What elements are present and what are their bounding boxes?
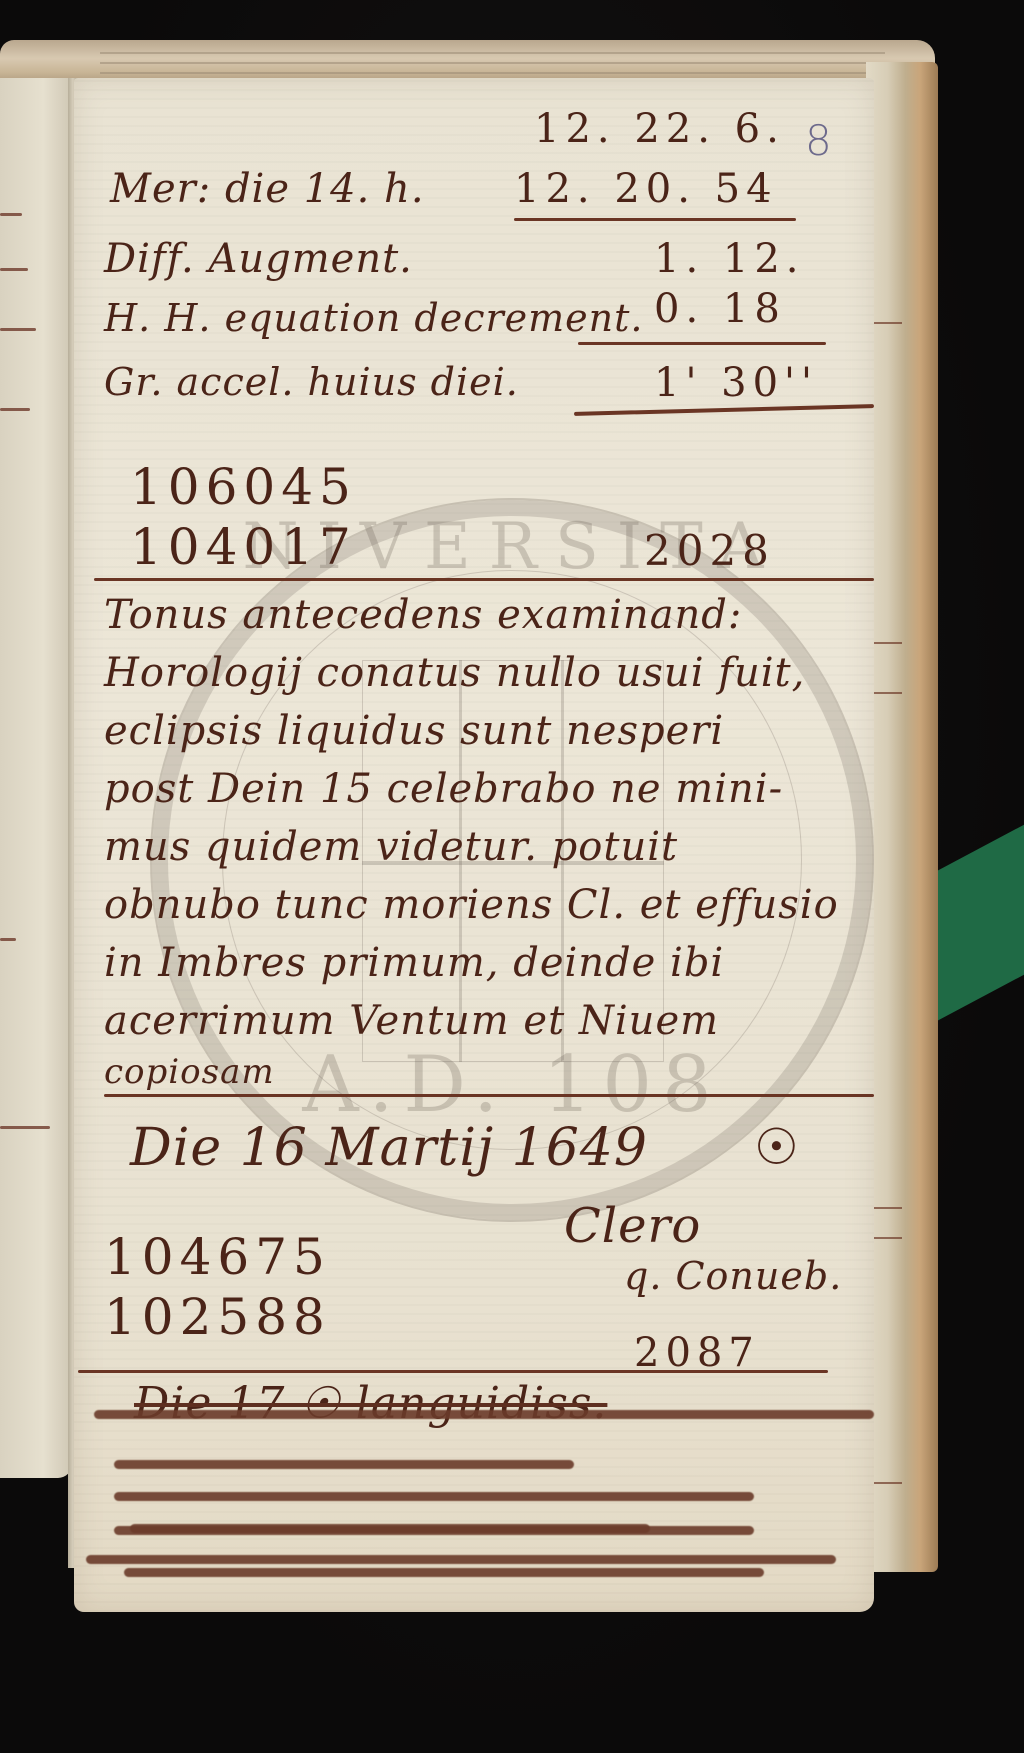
row-value-accel: 1' 30'' — [654, 360, 818, 406]
date-line: Die 16 Martij 1649 — [130, 1118, 648, 1178]
strike-line-3 — [114, 1492, 754, 1501]
weather-note-2: q. Conueb. — [624, 1254, 842, 1298]
paragraph-line-2: Horologij conatus nullo usui fuit, — [104, 650, 805, 696]
number-line-2: 104017 — [130, 518, 357, 576]
struck-entry: Die 17 ☉ languidiss. — [134, 1378, 607, 1429]
paragraph-line-4: post Dein 15 celebrabo ne mini- — [104, 766, 783, 812]
section-divider-2 — [104, 1094, 874, 1097]
number-line-3: 104675 — [104, 1228, 331, 1286]
page-number: 8 — [805, 116, 832, 165]
strike-line-2 — [114, 1460, 574, 1469]
meridian-value: 12. 20. 54 — [514, 166, 778, 212]
manuscript-page: NIVERSITA A.D. 108 12. 22. 6. Mer: die 1… — [74, 78, 874, 1612]
sum-rule — [578, 342, 826, 345]
top-value: 12. 22. 6. — [534, 106, 785, 152]
underline-rule — [514, 218, 796, 221]
paragraph-line-6: obnubo tunc moriens Cl. et effusio — [104, 882, 839, 928]
paragraph-line-3: eclipsis liquidus sunt nesperi — [104, 708, 724, 754]
strike-line-bottom-1 — [130, 1524, 650, 1533]
number-line-1: 106045 — [130, 458, 357, 516]
meridian-label: Mer: die 14. h. — [110, 166, 425, 212]
left-page-edge — [0, 78, 72, 1478]
strike-line-bottom-2 — [86, 1555, 836, 1564]
strike-line-1 — [94, 1410, 874, 1419]
paragraph-line-8: acerrimum Ventum et Niuem — [104, 998, 719, 1044]
row-value-equation: 0. 18 — [654, 286, 786, 332]
sun-symbol-icon: ☉ — [754, 1118, 800, 1176]
paragraph-line-5: mus quidem videtur. potuit — [104, 824, 678, 870]
right-page-stack-edge — [866, 62, 938, 1572]
row-label-equation: H. H. equation decrement. — [104, 296, 643, 340]
difference-result-1: 2028 — [644, 526, 775, 575]
row-label-diff: Diff. Augment. — [104, 236, 413, 282]
paragraph-line-9: copiosam — [104, 1052, 275, 1092]
section-divider-1 — [94, 578, 874, 581]
strike-line-5 — [124, 1568, 764, 1577]
row-label-accel: Gr. accel. huius diei. — [104, 360, 519, 404]
paragraph-line-7: in Imbres primum, deinde ibi — [104, 940, 724, 986]
section-divider-3 — [78, 1370, 828, 1373]
paragraph-line-1: Tonus antecedens examinand: — [104, 592, 742, 638]
row-value-diff: 1. 12. — [654, 236, 805, 282]
number-line-4: 102588 — [104, 1288, 331, 1346]
weather-note-1: Clero — [564, 1198, 701, 1254]
